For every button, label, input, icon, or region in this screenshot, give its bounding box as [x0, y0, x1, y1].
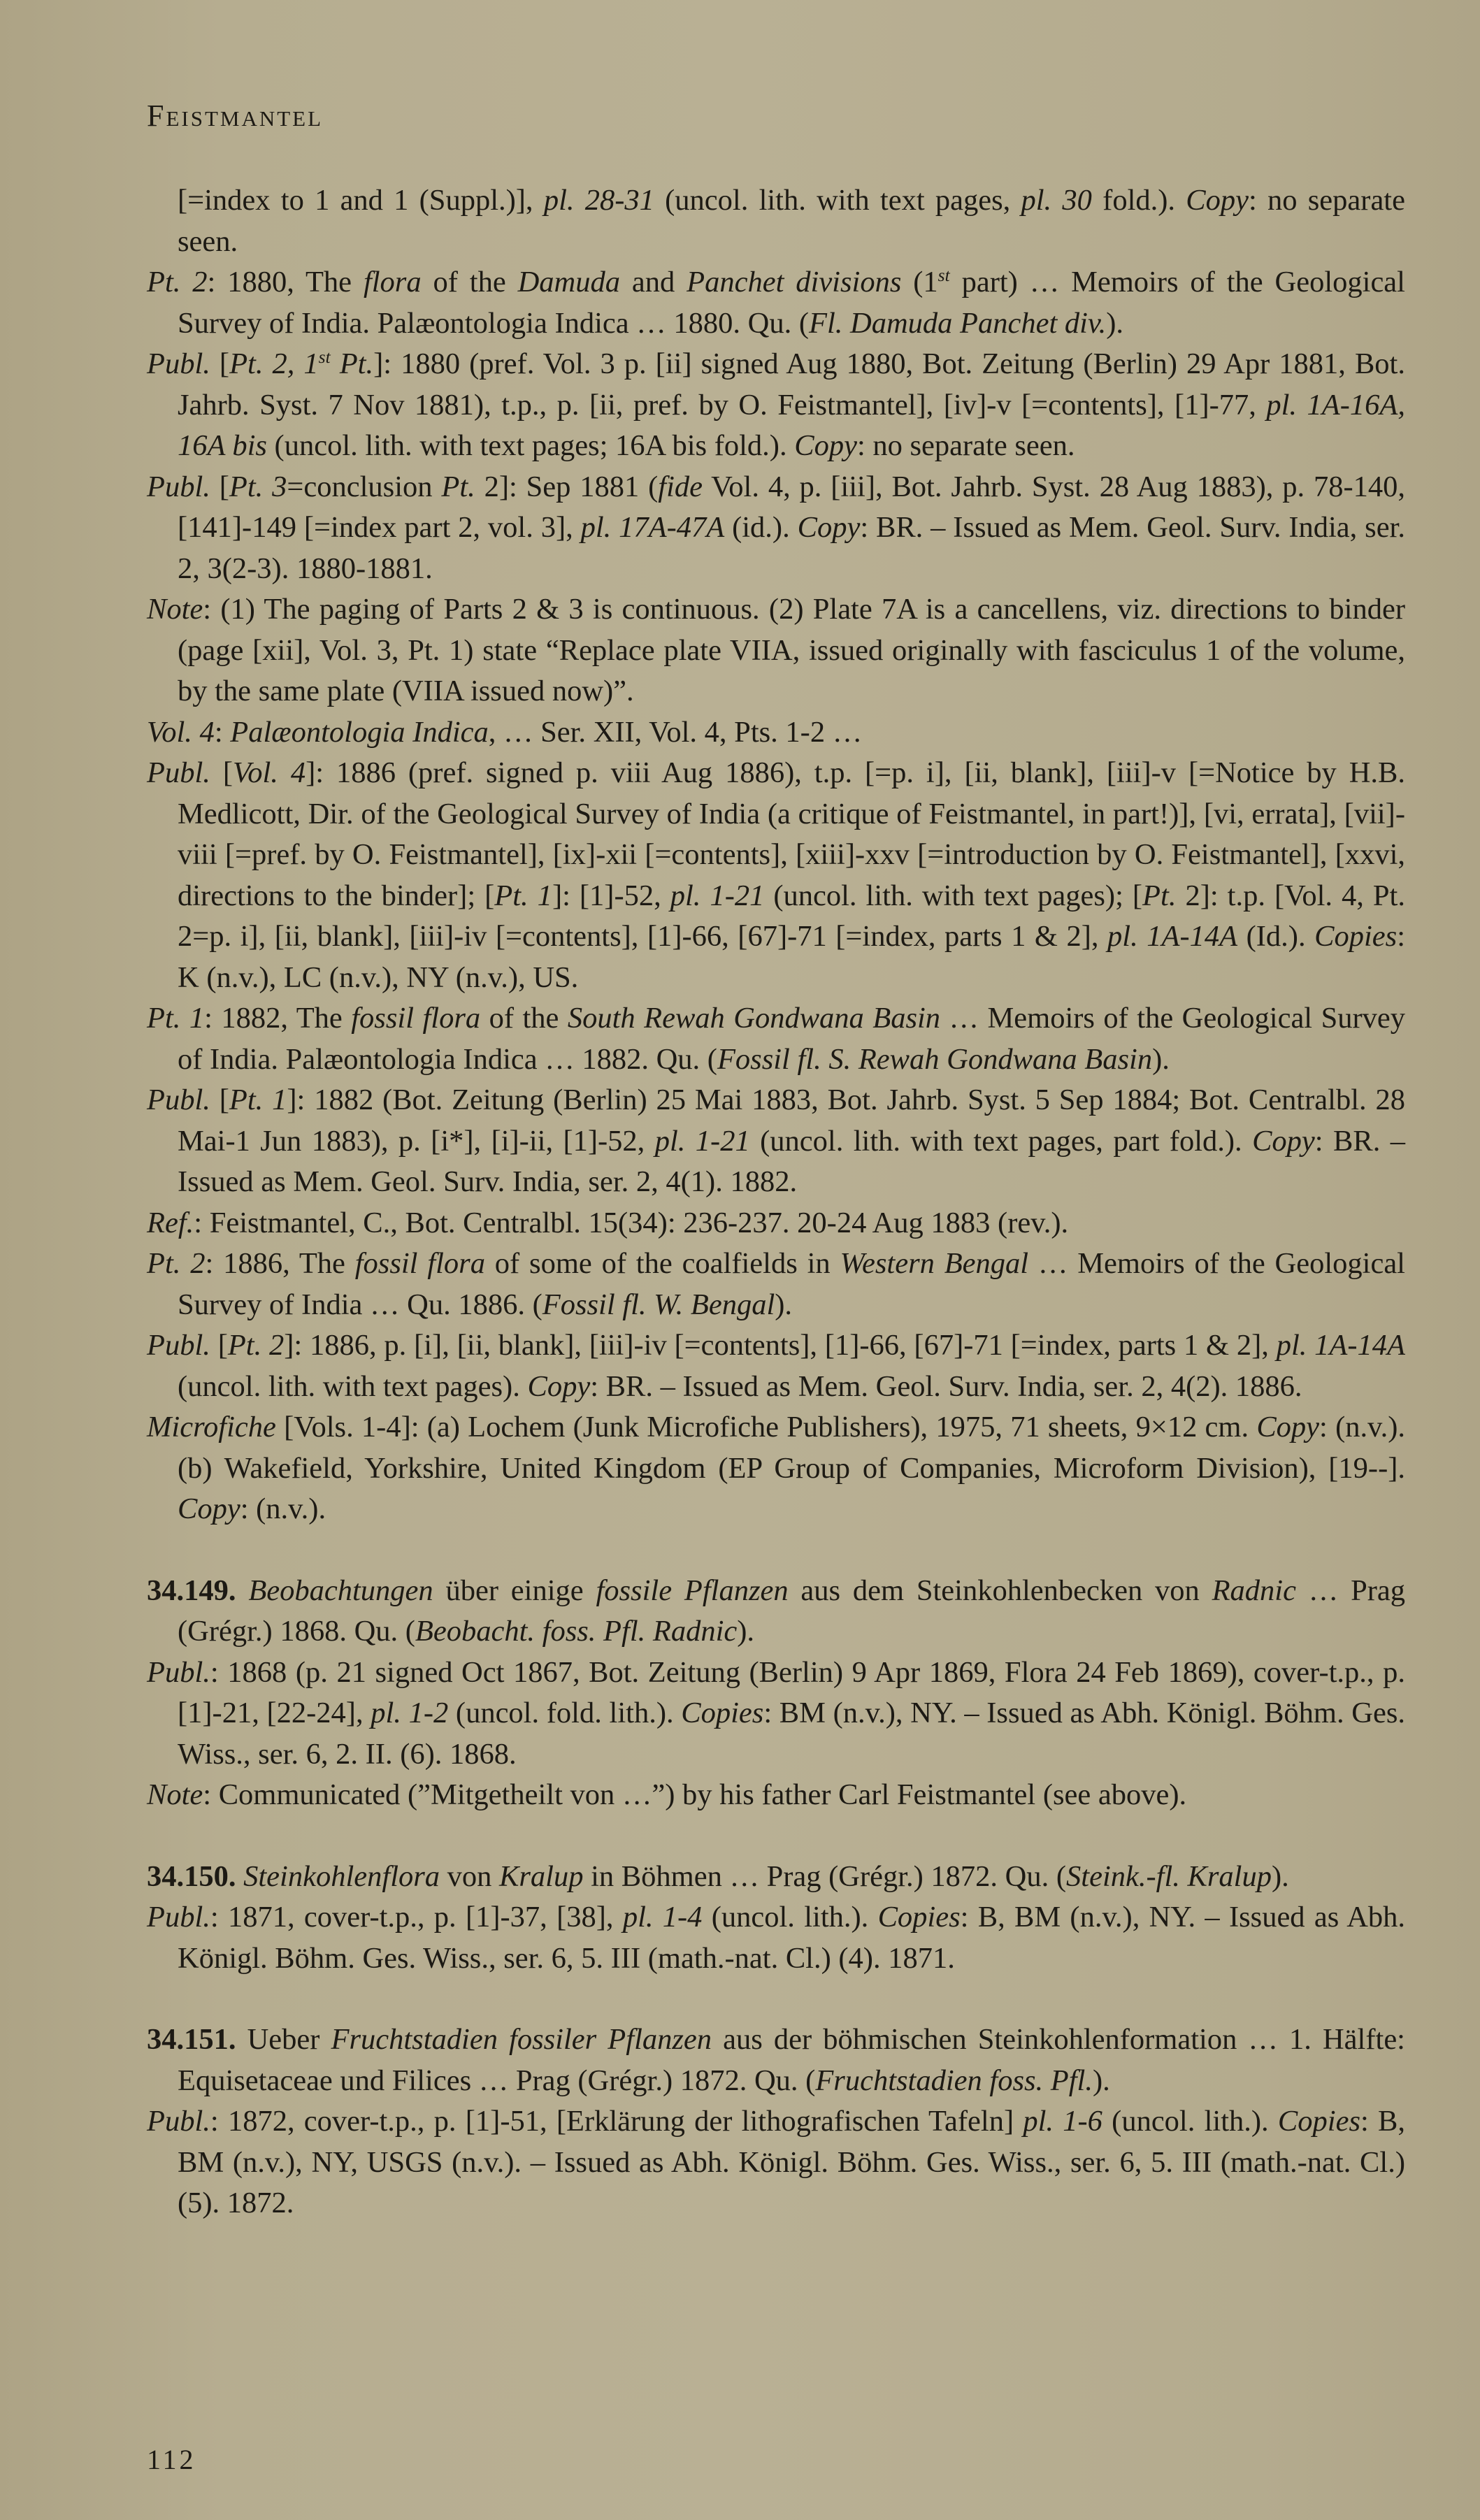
paragraph: 34.151. Ueber Fruchtstadien fossiler Pfl… [147, 2019, 1405, 2101]
text-run: Copy [178, 1492, 240, 1525]
text-run: Steink.-fl. Kralup [1066, 1860, 1272, 1893]
text-run: Fruchtstadien fossiler Pflanzen [331, 2023, 712, 2056]
paragraph: Pt. 2: 1880, The flora of the Damuda and… [147, 262, 1405, 344]
text-run: Publ. [147, 1329, 210, 1362]
text-run: pl. 17A-47A [581, 511, 725, 544]
text-run: pl. 1-21 [670, 879, 765, 912]
paragraph: [=index to 1 and 1 (Suppl.)], pl. 28-31 … [147, 180, 1405, 262]
text-run: Pt. 1 [147, 1002, 204, 1035]
text-run: Beobacht. foss. Pfl. Radnic [415, 1615, 737, 1648]
paragraph: Publ.: 1871, cover-t.p., p. [1]-37, [38]… [147, 1897, 1405, 1979]
entry-separator [147, 1816, 1405, 1857]
text-run: Fossil fl. S. Rewah Gondwana Basin [717, 1043, 1152, 1076]
text-run: Western Bengal [840, 1247, 1029, 1280]
paragraph: Publ. [Vol. 4]: 1886 (pref. signed p. vi… [147, 753, 1405, 998]
text-run: Microfiche [147, 1411, 276, 1443]
text-run: (uncol. lith. with text pages). [178, 1370, 527, 1403]
text-run: (id.). [724, 511, 797, 544]
text-run: (uncol. lith.). [702, 1901, 877, 1934]
paragraph: 34.150. Steinkohlenflora von Kralup in B… [147, 1857, 1405, 1898]
text-run: Vol. 4 [233, 756, 306, 789]
entry-separator [147, 1530, 1405, 1571]
text-run: über einige [433, 1574, 596, 1607]
text-run: st [319, 347, 331, 367]
text-run: of some of the coalfields in [485, 1247, 840, 1280]
text-run: 2]: Sep 1881 ( [475, 470, 659, 503]
text-run: Radnic [1212, 1574, 1296, 1607]
text-run: flora [364, 266, 422, 298]
text-run: Pt. [1142, 879, 1176, 912]
text-run: : 1882, The [204, 1002, 351, 1035]
text-run: Copy [798, 511, 861, 544]
text-run: (1 [901, 266, 937, 298]
text-run: [ [210, 1329, 228, 1362]
text-run: [=index to 1 and 1 (Suppl.)], [178, 184, 544, 217]
entry-number: 34.151. [147, 2023, 247, 2056]
text-run: Steinkohlenflora [243, 1860, 440, 1893]
text-run: : (n.v.). [240, 1492, 326, 1525]
text-run: von [440, 1860, 499, 1893]
text-run: (uncol. lith. with text pages, part fold… [750, 1125, 1252, 1158]
text-run: fold.). [1092, 184, 1186, 217]
text-run: Publ. [147, 347, 210, 380]
text-run: Note [147, 1778, 203, 1811]
paragraph: Publ.: 1868 (p. 21 signed Oct 1867, Bot.… [147, 1653, 1405, 1776]
entry-number: 34.150. [147, 1860, 243, 1893]
paragraph: Publ. [Pt. 2, 1st Pt.]: 1880 (pref. Vol.… [147, 344, 1405, 467]
text-run: Copies [681, 1697, 763, 1729]
text-run: Pt. [441, 470, 475, 503]
text-run: : 1886, The [205, 1247, 354, 1280]
text-run: Publ. [147, 1901, 210, 1934]
paragraph: Ref.: Feistmantel, C., Bot. Centralbl. 1… [147, 1203, 1405, 1244]
text-run: [Vols. 1-4]: (a) Lochem (Junk Microfiche… [276, 1411, 1256, 1443]
text-run: Note [147, 593, 203, 626]
paragraph: Microfiche [Vols. 1-4]: (a) Lochem (Junk… [147, 1407, 1405, 1530]
text-run: Panchet divisions [687, 266, 901, 298]
text-run: fossil flora [351, 1002, 480, 1035]
text-run: ]: 1886, p. [i], [ii, blank], [iii]-iv [… [284, 1329, 1276, 1362]
paragraph: Pt. 2: 1886, The fossil flora of some of… [147, 1244, 1405, 1325]
text-run: Pt. 2 [147, 266, 208, 298]
text-run: Copy [1186, 184, 1249, 217]
text-run: of the [480, 1002, 568, 1035]
text-run: : (1) The paging of Parts 2 & 3 is conti… [178, 593, 1405, 707]
text-run: Publ. [147, 756, 210, 789]
text-run: (uncol. lith. with text pages); [ [764, 879, 1142, 912]
paragraph: Vol. 4: Palæontologia Indica, … Ser. XII… [147, 712, 1405, 754]
text-run: pl. 1A-14A [1107, 920, 1237, 953]
paragraph: Publ. [Pt. 3=conclusion Pt. 2]: Sep 1881… [147, 467, 1405, 590]
text-run: : no separate seen. [857, 429, 1075, 462]
text-run: ). [1093, 2064, 1110, 2097]
text-run: (uncol. lith.). [1102, 2105, 1278, 2138]
text-run: Publ. [147, 470, 210, 503]
text-run: in Böhmen … Prag (Grégr.) 1872. Qu. ( [584, 1860, 1067, 1893]
text-run: ). [1106, 307, 1123, 340]
text-run: Ref. [147, 1207, 194, 1239]
text-run: Copy [1252, 1125, 1315, 1158]
text-run: Pt. 1 [229, 1083, 287, 1116]
text-run: Copy [1256, 1411, 1319, 1443]
text-run: pl. 1-21 [655, 1125, 750, 1158]
text-run: Pt. 3 [229, 470, 287, 503]
text-run: Copies [878, 1901, 961, 1934]
text-run: Pt. 1 [494, 879, 552, 912]
text-run: ]: [1]-52, [552, 879, 670, 912]
running-head: Feistmantel [147, 98, 323, 134]
text-run: (uncol. lith. with text pages, [654, 184, 1021, 217]
paragraph: 34.149. Beobachtungen über einige fossil… [147, 1571, 1405, 1653]
text-run: Publ. [147, 1656, 210, 1689]
text-run: fossile Pflanzen [596, 1574, 788, 1607]
text-run: ). [1152, 1043, 1170, 1076]
paragraph: Publ. [Pt. 1]: 1882 (Bot. Zeitung (Berli… [147, 1080, 1405, 1203]
text-run: Publ. [147, 1083, 210, 1116]
paragraph: Pt. 1: 1882, The fossil flora of the Sou… [147, 998, 1405, 1080]
entry-separator [147, 1979, 1405, 2019]
text-run: ). [737, 1615, 754, 1648]
text-run: ). [775, 1288, 792, 1321]
paragraph: Publ.: 1872, cover-t.p., p. [1]-51, [Erk… [147, 2101, 1405, 2224]
text-run: pl. 28-31 [544, 184, 654, 217]
text-run: Pt. [331, 347, 373, 380]
text-run: fossil flora [355, 1247, 485, 1280]
text-run: [ [210, 347, 229, 380]
text-run: pl. 1-6 [1023, 2105, 1102, 2138]
text-run: Copies [1314, 920, 1397, 953]
text-run: pl. 1A-14A [1277, 1329, 1405, 1362]
text-run: fide [658, 470, 703, 503]
text-run: : BR. – Issued as Mem. Geol. Surv. India… [590, 1370, 1302, 1403]
text-run: ). [1272, 1860, 1289, 1893]
text-run: Vol. 4 [147, 716, 215, 749]
text-run: aus dem Steinkohlenbecken von [789, 1574, 1212, 1607]
paragraph: Note: Communicated (”Mitgetheilt von …”)… [147, 1775, 1405, 1816]
text-run: Copy [527, 1370, 590, 1403]
text-run: pl. 30 [1021, 184, 1092, 217]
text-run: Publ. [147, 2105, 210, 2138]
text-run: South Rewah Gondwana Basin [568, 1002, 940, 1035]
text-run: Ueber [247, 2023, 331, 2056]
text-run: Pt. 2 [228, 1329, 284, 1362]
text-run: Kralup [499, 1860, 583, 1893]
text-run: (uncol. fold. lith.). [448, 1697, 681, 1729]
text-run: Copies [1278, 2105, 1360, 2138]
paragraph: Publ. [Pt. 2]: 1886, p. [i], [ii, blank]… [147, 1325, 1405, 1407]
page-body: [=index to 1 and 1 (Suppl.)], pl. 28-31 … [147, 180, 1405, 2224]
paragraph: Note: (1) The paging of Parts 2 & 3 is c… [147, 589, 1405, 712]
text-run: pl. 1-4 [623, 1901, 703, 1934]
text-run: (uncol. lith. with text pages; 16A bis f… [267, 429, 794, 462]
text-run: Damuda [518, 266, 620, 298]
text-run: [ [210, 1083, 229, 1116]
text-run: : 1872, cover-t.p., p. [1]-51, [Erklärun… [210, 2105, 1023, 2138]
text-run: Palæontologia Indica [230, 716, 489, 749]
text-run: , … Ser. XII, Vol. 4, Pts. 1-2 … [489, 716, 862, 749]
text-run: pl. 1-2 [371, 1697, 448, 1729]
text-run: (Id.). [1237, 920, 1314, 953]
text-run: =conclusion [287, 470, 441, 503]
page-number: 112 [147, 2443, 196, 2476]
text-run: Beobachtungen [248, 1574, 433, 1607]
text-run: Pt. 2 [147, 1247, 205, 1280]
text-run: and [620, 266, 687, 298]
text-run: : 1871, cover-t.p., p. [1]-37, [38], [210, 1901, 623, 1934]
text-run: st [938, 265, 950, 285]
text-run: Fossil fl. W. Bengal [543, 1288, 775, 1321]
text-run: : Communicated (”Mitgetheilt von …”) by … [203, 1778, 1186, 1811]
text-run: : Feistmantel, C., Bot. Centralbl. 15(34… [194, 1207, 1068, 1239]
entry-number: 34.149. [147, 1574, 248, 1607]
text-run: Copy [794, 429, 857, 462]
text-run: Fl. Damuda Panchet div. [809, 307, 1106, 340]
text-run: : 1880, The [208, 266, 364, 298]
text-run: Fruchtstadien foss. Pfl. [815, 2064, 1093, 2097]
text-run: of the [422, 266, 518, 298]
text-run: [ [210, 756, 233, 789]
text-run: Pt. 2, 1 [229, 347, 319, 380]
text-run: : [215, 716, 230, 749]
text-run: [ [210, 470, 229, 503]
